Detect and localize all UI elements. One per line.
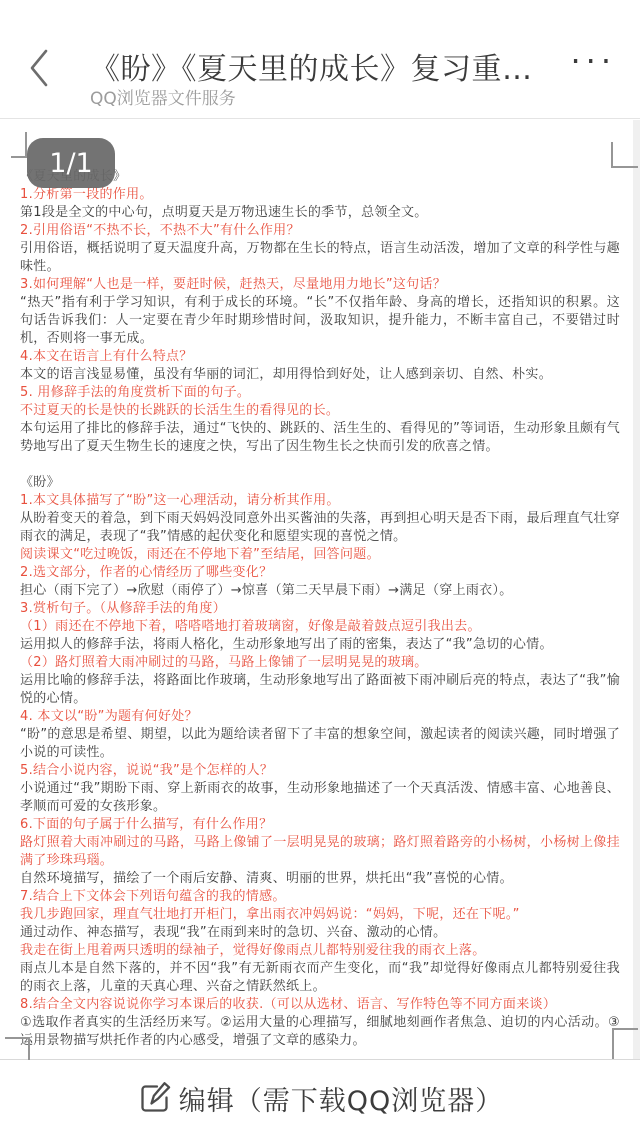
document-body: 《夏天里的成长》1.分析第一段的作用。第1段是全文的中心句，点明夏天是万物迅速生… <box>20 168 620 1050</box>
corner-mark-bottom-left <box>5 1037 30 1039</box>
doc-paragraph: 1.本文具体描写了“盼”这一心理活动，请分析其作用。 <box>20 492 620 510</box>
chevron-left-icon <box>25 47 53 93</box>
corner-mark-top-left <box>11 156 27 158</box>
corner-mark-top-right <box>611 142 613 168</box>
doc-paragraph: 运用比喻的修辞手法，将路面比作玻璃，生动形象地写出了路面被下雨冲刷后亮的特点，表… <box>20 672 620 708</box>
doc-paragraph: 阅读课文“吃过晚饭，雨还在不停地下着”至结尾，回答问题。 <box>20 546 620 564</box>
file-service-subtitle: QQ浏览器文件服务 <box>90 84 236 109</box>
more-ellipsis-icon: ... <box>570 33 616 71</box>
corner-mark-top-right <box>611 166 638 168</box>
page-number-badge: 1/1 <box>27 138 115 188</box>
corner-mark-bottom-right <box>612 1028 614 1059</box>
doc-section: 《夏天里的成长》1.分析第一段的作用。第1段是全文的中心句，点明夏天是万物迅速生… <box>20 168 620 456</box>
doc-paragraph: 从盼着变天的着急，到下雨天妈妈没同意外出买酱油的失落，再到担心明天是否下雨，最后… <box>20 510 620 546</box>
bottom-toolbar: 编辑（需下载QQ浏览器） <box>0 1060 640 1137</box>
doc-paragraph: 小说通过“我”期盼下雨、穿上新雨衣的故事，生动形象地描述了一个天真活泼、情感丰富… <box>20 780 620 816</box>
doc-paragraph: 引用俗语，概括说明了夏天温度升高，万物都在生长的特点，语言生动活泼，增加了文章的… <box>20 240 620 276</box>
file-title: 《盼》《夏天里的成长》复习重… <box>90 44 560 88</box>
doc-paragraph: （2）路灯照着大雨冲刷过的马路，马路上像铺了一层明晃晃的玻璃。 <box>20 654 620 672</box>
doc-paragraph: 运用拟人的修辞手法，将雨人格化，生动形象地写出了雨的密集，表达了“我”急切的心情… <box>20 636 620 654</box>
doc-paragraph: 6.下面的句子属于什么描写，有什么作用？ <box>20 816 620 834</box>
doc-paragraph: 4.本文在语言上有什么特点？ <box>20 348 620 366</box>
doc-paragraph: 我走在街上甩着两只透明的绿袖子，觉得好像雨点儿都特别爱往我的雨衣上落。 <box>20 942 620 960</box>
edit-button[interactable]: 编辑（需下载QQ浏览器） <box>137 1079 504 1119</box>
doc-paragraph: ①选取作者真实的生活经历来写。②运用大量的心理描写，细腻地刻画作者焦急、迫切的内… <box>20 1014 620 1050</box>
corner-mark-bottom-right <box>612 1028 638 1030</box>
doc-paragraph: （1）雨还在不停地下着，嗒嗒嗒地打着玻璃窗，好像是敲着鼓点逗引我出去。 <box>20 618 620 636</box>
doc-paragraph: 2.引用俗语“不热不长，不热不大”有什么作用？ <box>20 222 620 240</box>
document-viewport[interactable]: 1/1 《夏天里的成长》1.分析第一段的作用。第1段是全文的中心句，点明夏天是万… <box>0 120 640 1059</box>
doc-paragraph: 担心（雨下完了）→欣慰（雨停了）→惊喜（第二天早晨下雨）→满足（穿上雨衣）。 <box>20 582 620 600</box>
app-header: 《盼》《夏天里的成长》复习重… ... QQ浏览器文件服务 <box>0 0 640 119</box>
doc-paragraph: 第1段是全文的中心句，点明夏天是万物迅速生长的季节，总领全文。 <box>20 204 620 222</box>
page-edge <box>633 120 640 1059</box>
doc-paragraph: 通过动作、神态描写，表现“我”在雨到来时的急切、兴奋、激动的心情。 <box>20 924 620 942</box>
doc-paragraph: 本文的语言浅显易懂，虽没有华丽的词汇，却用得恰到好处，让人感到亲切、自然、朴实。 <box>20 366 620 384</box>
corner-mark-bottom-left <box>28 1037 30 1060</box>
doc-paragraph: 3.如何理解“人也是一样，要赶时候，赶热天，尽量地用力地长”这句话？ <box>20 276 620 294</box>
more-menu-button[interactable]: ... <box>570 36 616 68</box>
doc-paragraph: 1.分析第一段的作用。 <box>20 186 620 204</box>
doc-paragraph: “盼”的意思是希望、期望，以此为题给读者留下了丰富的想象空间，激起读者的阅读兴趣… <box>20 726 620 762</box>
edit-button-label: 编辑（需下载QQ浏览器） <box>179 1079 504 1118</box>
doc-paragraph: 雨点儿本是自然下落的，并不因“我”有无新雨衣而产生变化，而“我”却觉得好像雨点儿… <box>20 960 620 996</box>
doc-paragraph: 4. 本文以“盼”为题有何好处？ <box>20 708 620 726</box>
doc-paragraph: 我几步跑回家，理直气壮地打开柜门，拿出雨衣冲妈妈说：“妈妈，下呢，还在下呢。” <box>20 906 620 924</box>
doc-paragraph: 路灯照着大雨冲刷过的马路，马路上像铺了一层明晃晃的玻璃；路灯照着路旁的小杨树，小… <box>20 834 620 870</box>
doc-paragraph: 5.结合小说内容，说说“我”是个怎样的人？ <box>20 762 620 780</box>
edit-pencil-icon <box>137 1079 173 1119</box>
doc-paragraph: 8.结合全文内容说说你学习本课后的收获.（可以从选材、语言、写作特色等不同方面来… <box>20 996 620 1014</box>
doc-paragraph: “热天”指有利于学习知识，有利于成长的环境。“长”不仅指年龄、身高的增长，还指知… <box>20 294 620 348</box>
doc-paragraph: 不过夏天的长是快的长跳跃的长活生生的看得见的长。 <box>20 402 620 420</box>
doc-paragraph: 2.选文部分，作者的心情经历了哪些变化？ <box>20 564 620 582</box>
back-button[interactable] <box>22 48 56 92</box>
doc-paragraph: 本句运用了排比的修辞手法，通过“飞快的、跳跃的、活生生的、看得见的”等词语，生动… <box>20 420 620 456</box>
doc-paragraph: 7.结合上下文体会下列语句蕴含的我的情感。 <box>20 888 620 906</box>
doc-paragraph: 自然环境描写，描绘了一个雨后安静、清爽、明丽的世界，烘托出“我”喜悦的心情。 <box>20 870 620 888</box>
doc-section: 《盼》1.本文具体描写了“盼”这一心理活动，请分析其作用。从盼着变天的着急，到下… <box>20 474 620 1050</box>
section-heading: 《盼》 <box>20 474 620 492</box>
doc-paragraph: 3.赏析句子。（从修辞手法的角度） <box>20 600 620 618</box>
doc-paragraph: 5. 用修辞手法的角度赏析下面的句子。 <box>20 384 620 402</box>
